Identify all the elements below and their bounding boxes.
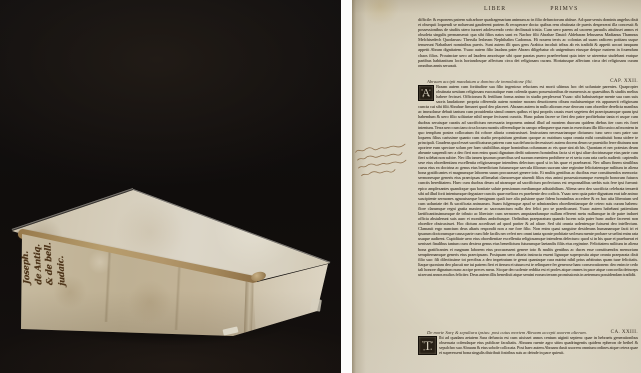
chapter-23-body: Ibi ad quadam aetatem Sara defuncta est … xyxy=(439,335,638,355)
book-photo-panel: Joseph. de Antiq. & de bell. judaic. xyxy=(0,0,341,373)
woodcut-initial-T: T xyxy=(418,336,437,355)
woodcut-initial-A: A xyxy=(418,85,434,101)
raised-band-ridge xyxy=(174,258,182,330)
running-header-primus: PRIMVS xyxy=(550,6,578,12)
annotation-stroke xyxy=(361,169,395,176)
printed-page-panel: LIBER PRIMVS difficile: & exponens patre… xyxy=(352,0,641,373)
text-block: LIBER PRIMVS difficile: & exponens patre… xyxy=(418,3,638,356)
spine-title: Joseph. de Antiq. & de bell. judaic. xyxy=(14,226,74,286)
spine-title-line: judaic. xyxy=(54,228,69,287)
book-spine-face xyxy=(0,0,341,373)
running-header: LIBER PRIMVS xyxy=(418,3,638,12)
corner-slip xyxy=(310,298,322,311)
marginal-annotation xyxy=(354,141,412,183)
chapter-22-body: Braam autem cum fortitudine sua filio in… xyxy=(418,84,638,277)
intro-paragraph: difficile: & exponens patrem sub arbore … xyxy=(418,17,638,78)
raised-band-ridge xyxy=(104,248,112,322)
spine-title-text: Joseph. de Antiq. & de bell. judaic. xyxy=(19,226,70,286)
annotation-stroke xyxy=(357,152,402,160)
annotation-stroke xyxy=(355,143,405,152)
running-header-liber: LIBER xyxy=(484,6,506,12)
two-panel-book-photo: Joseph. de Antiq. & de bell. judaic. LIB… xyxy=(0,0,641,373)
chapter-22-paragraph: ABraam autem cum fortitudine sua filio i… xyxy=(418,84,638,329)
annotation-stroke xyxy=(358,160,406,168)
chapter-23-paragraph: TIbi ad quadam aetatem Sara defuncta est… xyxy=(418,335,638,356)
